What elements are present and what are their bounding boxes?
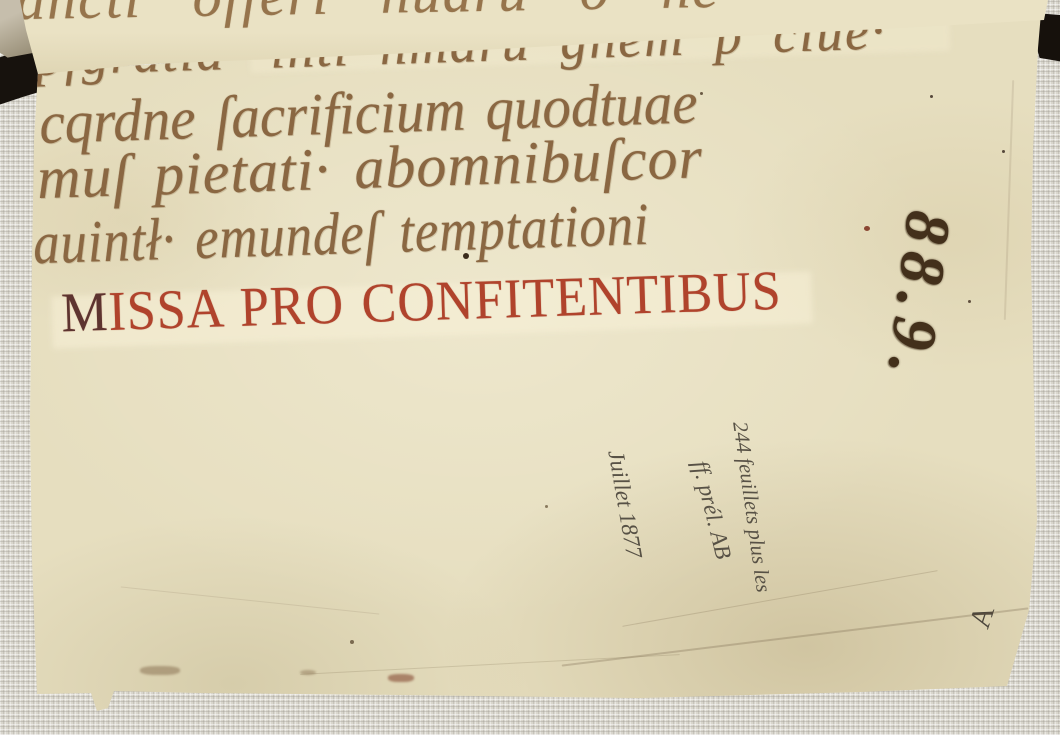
dust-speck — [545, 505, 548, 508]
crease-line — [622, 570, 937, 627]
clipped-text-fragment: ancti offeri nuaru o ne — [15, 0, 720, 33]
dust-speck — [930, 95, 933, 98]
stain-spot — [388, 674, 414, 682]
crease-line — [562, 607, 1029, 666]
dust-speck — [700, 92, 703, 95]
ink-speck — [463, 253, 469, 259]
crease-line — [300, 654, 680, 675]
stain-spot — [300, 670, 316, 675]
leaf-letter-mark: A — [963, 601, 1002, 632]
parchment-leaf: pſgratia· intł nmaru gnem p ciue· cqrdne… — [0, 0, 1060, 735]
ink-speck — [864, 226, 870, 231]
manuscript-photo: pſgratia· intł nmaru gnem p ciue· cqrdne… — [0, 0, 1060, 735]
foliation-note-line2: ff. prél. AB — [687, 458, 737, 562]
foliation-note-line1: 244 feuillets plus les — [727, 420, 776, 594]
crease-line — [121, 586, 380, 614]
dust-speck — [968, 300, 971, 303]
dust-speck — [1002, 150, 1005, 153]
rubric-initial: M — [60, 281, 109, 344]
dust-speck — [350, 640, 354, 644]
date-note: Juillet 1877 — [602, 448, 647, 560]
stain-spot — [140, 666, 180, 675]
